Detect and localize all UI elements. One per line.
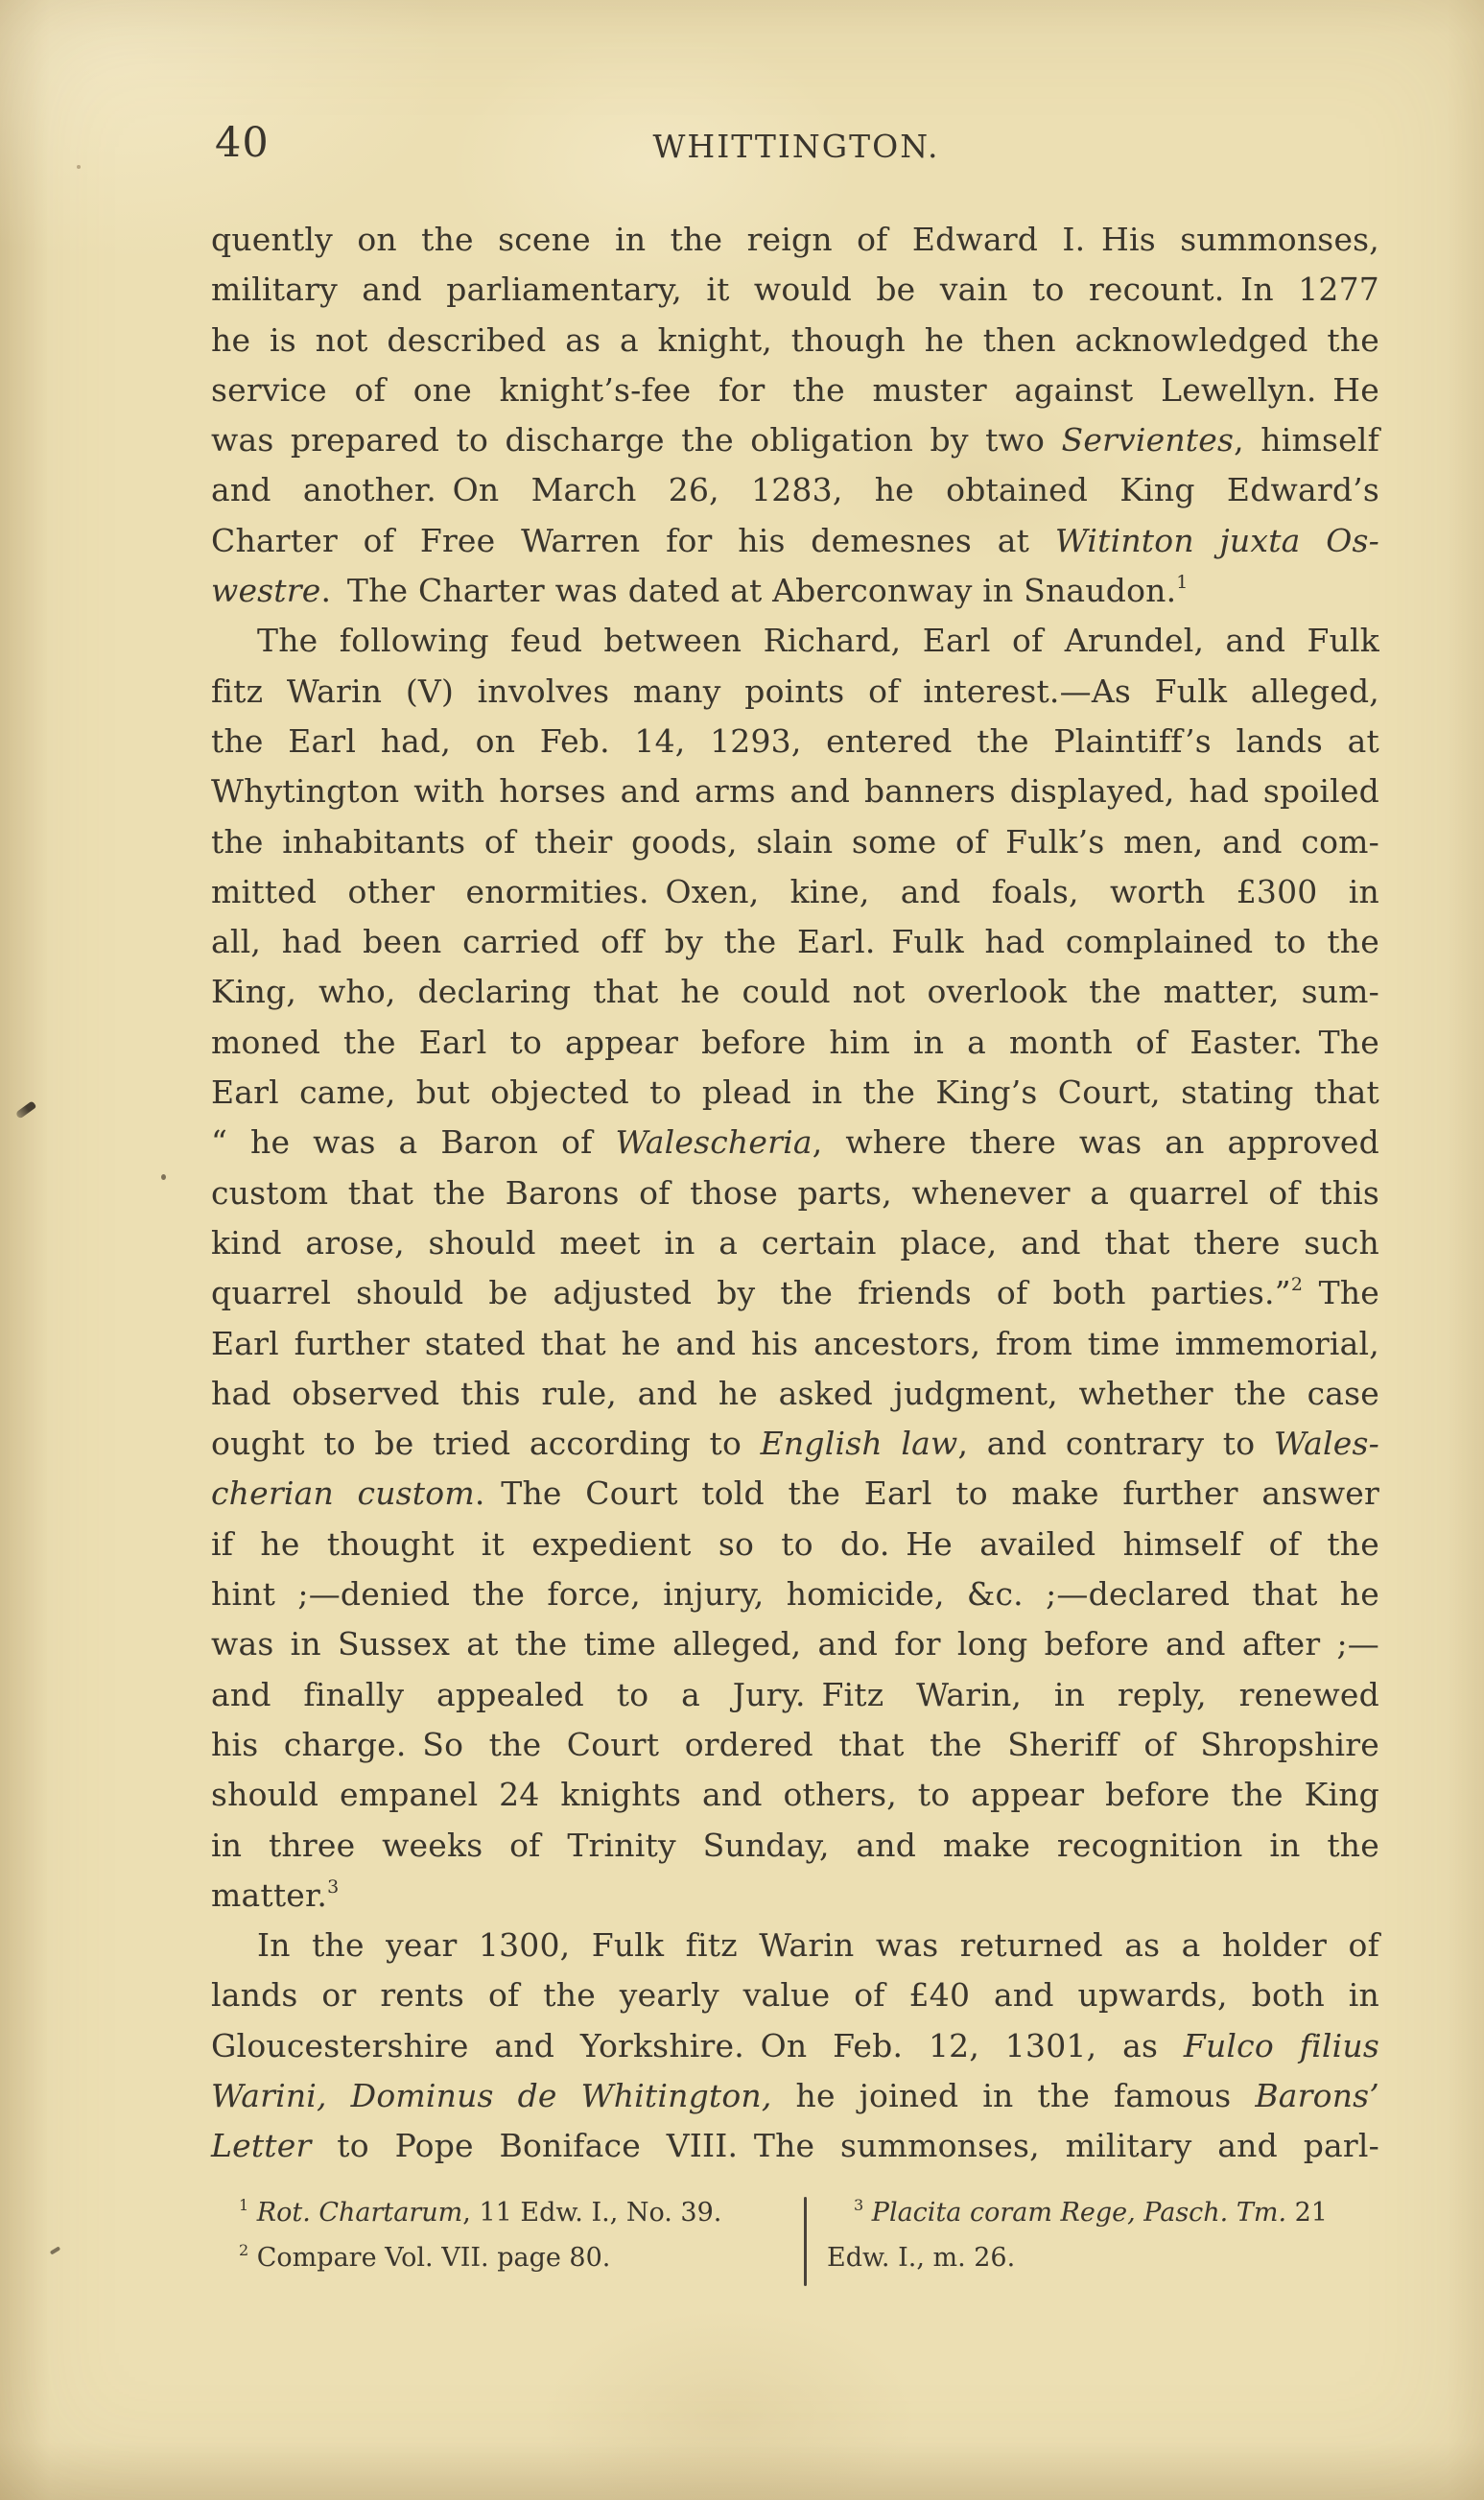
body-text: quently on the scene in the reign of Edw… (211, 215, 1379, 2172)
text-line: Gloucestershire and Yorkshire. On Feb. 1… (211, 2021, 1379, 2071)
footnote-marker: 3 (327, 1876, 339, 1898)
scanned-book-page: 40 WHITTINGTON. quently on the scene in … (0, 0, 1484, 2500)
text-line: Earl further stated that he and his ance… (211, 1319, 1379, 1369)
text-run: Servientes (1062, 421, 1235, 459)
text-line: hint ;—denied the force, injury, homicid… (211, 1569, 1379, 1619)
text-run: ought to be tried according to (211, 1425, 761, 1462)
text-run: the Earl had, on Feb. 14, 1293, entered … (211, 722, 1379, 760)
text-run: kind arose, should meet in a certain pla… (211, 1224, 1379, 1262)
text-line: In the year 1300, Fulk fitz Warin was re… (211, 1921, 1379, 1970)
text-line: mitted other enormities. Oxen, kine, and… (211, 867, 1379, 917)
text-run: service of one knight’s-fee for the must… (211, 371, 1379, 409)
footnote-marker: 3 (854, 2196, 863, 2214)
footnote-line: 3 Placita coram Rege, Pasch. Tm. 21 (827, 2190, 1388, 2235)
text-run: The following feud between Richard, Earl… (257, 622, 1379, 659)
page-header: 40 WHITTINGTON. (211, 119, 1381, 177)
footnote-marker: 2 (1291, 1274, 1303, 1295)
text-run: mitted other enormities. Oxen, kine, and… (211, 873, 1379, 910)
text-line: Whytington with horses and arms and bann… (211, 767, 1379, 816)
text-line: military and parliamentary, it would be … (211, 265, 1379, 315)
footnote-line: Edw. I., m. 26. (827, 2235, 1388, 2280)
text-line: should empanel 24 knights and others, to… (211, 1770, 1379, 1820)
text-run: in three weeks of Trinity Sunday, and ma… (211, 1827, 1379, 1864)
text-run: should empanel 24 knights and others, to… (211, 1776, 1379, 1813)
text-run: and another. On March 26, 1283, he obtai… (211, 471, 1379, 508)
footnote-line: 1 Rot. Chartarum, 11 Edw. I., No. 39. (239, 2190, 800, 2235)
pencil-mark (50, 2246, 60, 2254)
text-line: he is not described as a knight, though … (211, 316, 1379, 366)
text-line: service of one knight’s-fee for the must… (211, 366, 1379, 415)
text-run: westre (211, 572, 320, 609)
text-run: Placita coram Rege, Pasch. Tm. (872, 2198, 1286, 2228)
text-run: all, had been carried off by the Earl. F… (211, 923, 1379, 960)
text-run: Rot. Chartarum (257, 2198, 463, 2228)
footnote-marker: 1 (239, 2196, 248, 2214)
text-run: he joined in the famous (772, 2077, 1256, 2114)
footnote-divider (804, 2197, 807, 2286)
text-line: his charge. So the Court ordered that th… (211, 1720, 1379, 1770)
text-line: Earl came, but objected to plead in the … (211, 1068, 1379, 1118)
paragraph: In the year 1300, Fulk fitz Warin was re… (211, 1921, 1379, 2171)
text-run: lands or rents of the yearly value of £4… (211, 1976, 1379, 2014)
text-run: and finally appealed to a Jury. Fitz War… (211, 1676, 1379, 1713)
text-run: , himself (1234, 421, 1379, 459)
text-run: Warini, Dominus de Whitington, (211, 2077, 772, 2114)
text-line: quarrel should be adjusted by the friend… (211, 1268, 1379, 1318)
footnote-marker: 2 (239, 2241, 248, 2259)
text-line: fitz Warin (V) involves many points of i… (211, 667, 1379, 717)
text-line: westre. The Charter was dated at Abercon… (211, 566, 1379, 616)
text-line: quently on the scene in the reign of Edw… (211, 215, 1379, 265)
running-header: WHITTINGTON. (211, 128, 1381, 165)
footnote-marker: 1 (1176, 572, 1188, 593)
text-run: to Pope Boniface VIII. The summonses, mi… (311, 2127, 1379, 2164)
footnote-line: 2 Compare Vol. VII. page 80. (239, 2235, 800, 2280)
paragraph: quently on the scene in the reign of Edw… (211, 215, 1379, 616)
text-run: “ he was a Baron of (211, 1123, 615, 1161)
text-run: . The Court told the Earl to make furthe… (475, 1474, 1379, 1512)
text-run: The (1303, 1274, 1379, 1311)
text-run: Compare Vol. VII. page 80. (248, 2243, 610, 2273)
text-run: the inhabitants of their goods, slain so… (211, 823, 1379, 861)
ink-speck (161, 1174, 166, 1180)
text-run: Walescheria (615, 1123, 812, 1161)
text-run: Fulco filius (1184, 2027, 1379, 2064)
text-run: Charter of Free Warren for his demesnes … (211, 522, 1055, 559)
text-line: “ he was a Baron of Walescheria, where t… (211, 1118, 1379, 1167)
text-line: cherian custom. The Court told the Earl … (211, 1469, 1379, 1519)
text-run: quarrel should be adjusted by the friend… (211, 1274, 1291, 1311)
text-run (863, 2198, 872, 2228)
text-run: Earl came, but objected to plead in the … (211, 1073, 1379, 1111)
text-line: in three weeks of Trinity Sunday, and ma… (211, 1821, 1379, 1871)
text-run: Whytington with horses and arms and bann… (211, 772, 1379, 810)
text-run: cherian custom (211, 1474, 475, 1512)
text-run: he is not described as a knight, though … (211, 321, 1379, 359)
text-run: was prepared to discharge the obligation… (211, 421, 1062, 459)
text-run: In the year 1300, Fulk fitz Warin was re… (257, 1926, 1379, 1964)
text-line: was in Sussex at the time alleged, and f… (211, 1619, 1379, 1669)
text-line: lands or rents of the yearly value of £4… (211, 1970, 1379, 2020)
paragraph: The following feud between Richard, Earl… (211, 616, 1379, 1921)
footnote-column-right: 3 Placita coram Rege, Pasch. Tm. 21Edw. … (827, 2190, 1388, 2280)
text-run: Witinton juxta Os- (1055, 522, 1379, 559)
text-line: moned the Earl to appear before him in a… (211, 1018, 1379, 1068)
text-run: Letter (211, 2127, 311, 2164)
text-line: the Earl had, on Feb. 14, 1293, entered … (211, 717, 1379, 767)
text-run: hint ;—denied the force, injury, homicid… (211, 1575, 1379, 1613)
text-run: Edw. I., m. 26. (827, 2243, 1015, 2273)
text-run: moned the Earl to appear before him in a… (211, 1024, 1379, 1061)
text-run: custom that the Barons of those parts, w… (211, 1174, 1379, 1212)
paper-speck (77, 165, 81, 169)
text-line: ought to be tried according to English l… (211, 1419, 1379, 1469)
footnote-column-left: 1 Rot. Chartarum, 11 Edw. I., No. 39.2 C… (239, 2190, 800, 2280)
text-line: The following feud between Richard, Earl… (211, 616, 1379, 666)
text-line: kind arose, should meet in a certain pla… (211, 1218, 1379, 1268)
text-line: custom that the Barons of those parts, w… (211, 1168, 1379, 1218)
text-run: King, who, declaring that he could not o… (211, 973, 1379, 1010)
text-run: Earl further stated that he and his ance… (211, 1325, 1379, 1362)
pencil-mark (15, 1100, 37, 1119)
text-line: had observed this rule, and he asked jud… (211, 1369, 1379, 1419)
text-line: and another. On March 26, 1283, he obtai… (211, 465, 1379, 515)
text-run: if he thought it expedient so to do. He … (211, 1525, 1379, 1563)
text-line: if he thought it expedient so to do. He … (211, 1520, 1379, 1569)
text-line: King, who, declaring that he could not o… (211, 967, 1379, 1017)
text-run: , 11 Edw. I., No. 39. (462, 2198, 721, 2228)
text-line: Warini, Dominus de Whitington, he joined… (211, 2071, 1379, 2121)
text-run (248, 2198, 257, 2228)
text-line: the inhabitants of their goods, slain so… (211, 817, 1379, 867)
text-run: , where there was an approved (813, 1123, 1379, 1161)
text-run: his charge. So the Court ordered that th… (211, 1726, 1379, 1763)
text-line: Letter to Pope Boniface VIII. The summon… (211, 2121, 1379, 2171)
text-run: quently on the scene in the reign of Edw… (211, 221, 1379, 258)
text-run: English law (761, 1425, 958, 1462)
text-line: was prepared to discharge the obligation… (211, 415, 1379, 465)
text-line: matter.3 (211, 1871, 1379, 1921)
text-run: matter. (211, 1876, 327, 1914)
text-run: was in Sussex at the time alleged, and f… (211, 1625, 1379, 1663)
text-line: all, had been carried off by the Earl. F… (211, 917, 1379, 967)
text-run: Wales- (1274, 1425, 1379, 1462)
text-run: . The Charter was dated at Aberconway in… (320, 572, 1176, 609)
text-line: Charter of Free Warren for his demesnes … (211, 516, 1379, 566)
text-run: 21 (1286, 2198, 1328, 2228)
text-run: had observed this rule, and he asked jud… (211, 1375, 1379, 1412)
text-run: Barons’ (1255, 2077, 1379, 2114)
text-run: military and parliamentary, it would be … (211, 271, 1379, 308)
text-run: , and contrary to (957, 1425, 1273, 1462)
text-line: and finally appealed to a Jury. Fitz War… (211, 1670, 1379, 1720)
text-run: fitz Warin (V) involves many points of i… (211, 672, 1379, 710)
text-run: Gloucestershire and Yorkshire. On Feb. 1… (211, 2027, 1184, 2064)
